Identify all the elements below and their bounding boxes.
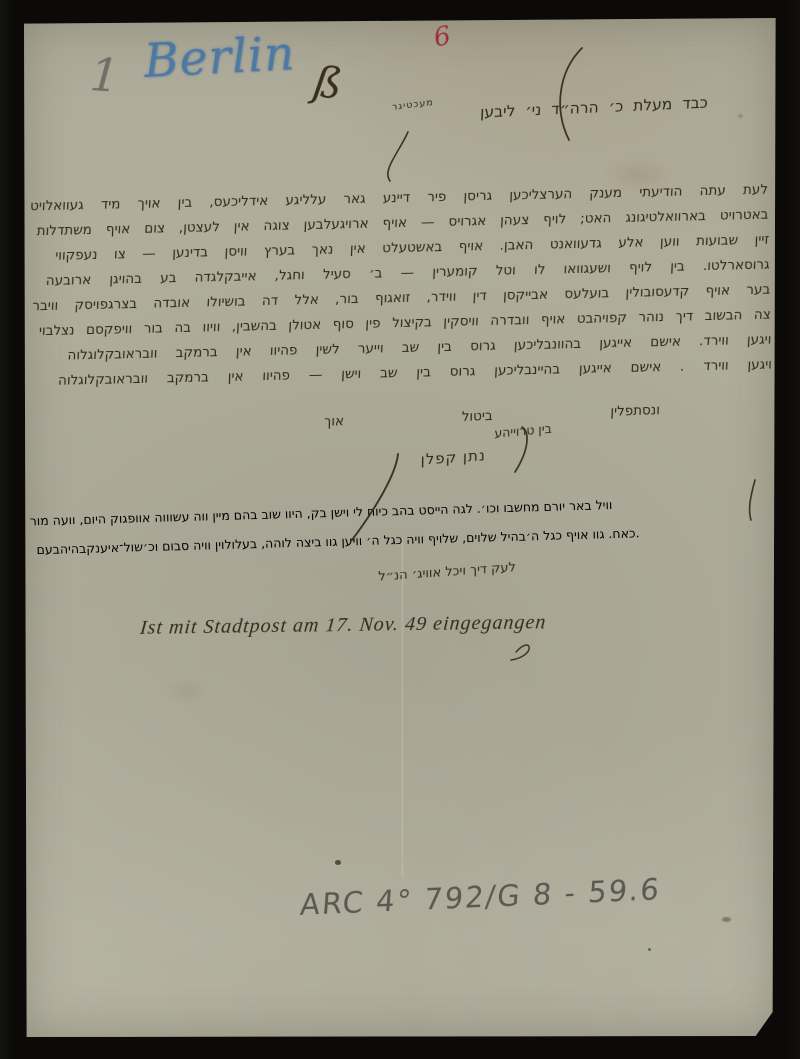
ink-speck — [722, 917, 731, 922]
signature: נתן קפלן — [376, 446, 486, 472]
paper-stain — [604, 158, 674, 192]
body-paragraph: לעת עתה הודיעתי מענק הערצליכען גריסן פיר… — [30, 178, 772, 395]
scan-background: 1 Berlin 6 ß מעכטיגר כבד מעלת כ׳ הרה״ד נ… — [0, 0, 800, 1059]
ink-speck — [738, 114, 743, 118]
postscript-closing-line: לעק דיך ויכל אוויג׳ הנ״ל — [346, 560, 516, 587]
registrar-receipt-note: Ist mit Stadtpost am 17. Nov. 49 eingega… — [139, 611, 571, 640]
paper-crease — [402, 538, 403, 878]
salutation-flourish — [560, 48, 582, 140]
pencil-page-number: 1 — [88, 47, 121, 103]
red-folio-number: 6 — [432, 21, 454, 53]
salutation-line: כבד מעלת כ׳ הרה״ד ני׳ ליבען — [416, 94, 709, 125]
ink-paraph: ß — [311, 56, 346, 108]
receipt-note-swash — [511, 645, 529, 660]
postscript-paragraph: וויל באר יורם מחשבו וכו׳. לגה הייסט בהב … — [29, 486, 770, 565]
paper-stain — [164, 678, 210, 704]
paper: 1 Berlin 6 ß מעכטיגר כבד מעלת כ׳ הרה״ד נ… — [24, 18, 776, 1037]
ink-speck — [335, 860, 341, 865]
ink-speck — [648, 948, 651, 951]
blue-place-annotation: Berlin — [143, 26, 297, 89]
salutation-descender-flourish — [388, 132, 408, 181]
archival-reference: ARC 4° 792/G 8 - 59.6 — [299, 872, 671, 922]
